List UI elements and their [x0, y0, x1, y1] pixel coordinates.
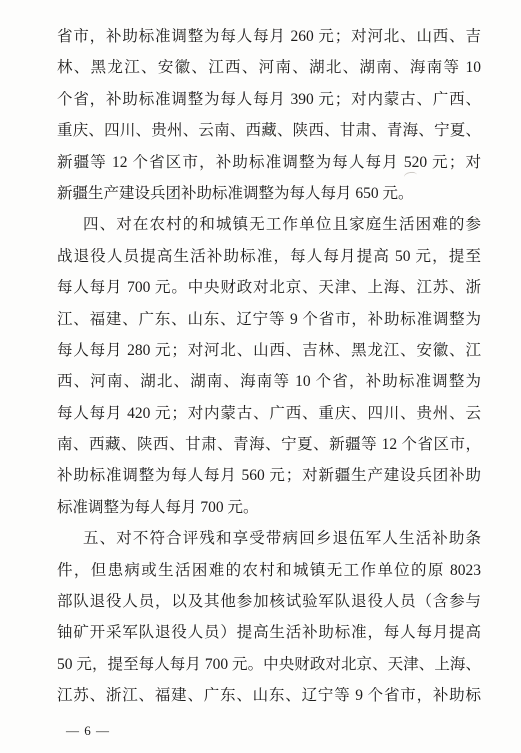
text-line: 件，但患病或生活困难的农村和城镇无工作单位的原 8023: [57, 555, 481, 586]
text-line: 江苏、浙江、福建、广东、山东、辽宁等 9 个省市，补助标: [57, 680, 481, 711]
text-line: 省市，补助标准调整为每人每月 260 元；对河北、山西、吉: [57, 21, 481, 52]
text-line: 南、西藏、陕西、甘肃、青海、宁夏、新疆等 12 个省区市，: [57, 429, 481, 460]
text-line: 补助标准调整为每人每月 560 元；对新疆生产建设兵团补助: [57, 460, 481, 491]
text-line: 铀矿开采军队退役人员）提高生活补助标准，每人每月提高: [57, 617, 481, 648]
text-line: 每人每月 280 元；对河北、山西、吉林、黑龙江、安徽、江: [57, 335, 481, 366]
text-line: 西、河南、湖北、湖南、海南等 10 个省，补助标准调整为: [57, 366, 481, 397]
text-line: 四、对在农村的和城镇无工作单位且家庭生活困难的参: [57, 209, 481, 240]
text-line: 五、对不符合评残和享受带病回乡退伍军人生活补助条: [57, 523, 481, 554]
text-line: 标准调整为每人每月 700 元。: [57, 492, 481, 523]
text-line: 50 元，提至每人每月 700 元。中央财政对北京、天津、上海、: [57, 649, 481, 680]
page-number: — 6 —: [66, 721, 110, 741]
document-body: 省市，补助标准调整为每人每月 260 元；对河北、山西、吉林、黑龙江、安徽、江西…: [57, 21, 481, 712]
text-line: 个省，补助标准调整为每人每月 390 元；对内蒙古、广西、: [57, 84, 481, 115]
text-line: 林、黑龙江、安徽、江西、河南、湖北、湖南、海南等 10: [57, 52, 481, 83]
text-line: 新疆生产建设兵团补助标准调整为每人每月 650 元。: [57, 178, 481, 209]
text-line: 江、福建、广东、山东、辽宁等 9 个省市，补助标准调整为: [57, 304, 481, 335]
text-line: 部队退役人员，以及其他参加核试验军队退役人员（含参与: [57, 586, 481, 617]
text-line: 每人每月 420 元；对内蒙古、广西、重庆、四川、贵州、云: [57, 398, 481, 429]
text-line: 重庆、四川、贵州、云南、西藏、陕西、甘肃、青海、宁夏、: [57, 115, 481, 146]
text-line: 每人每月 700 元。中央财政对北京、天津、上海、江苏、浙: [57, 272, 481, 303]
text-line: 战退役人员提高生活补助标准，每人每月提高 50 元，提至: [57, 241, 481, 272]
text-line: 新疆等 12 个省区市，补助标准调整为每人每月 520 元；对: [57, 147, 481, 178]
document-page: 省市，补助标准调整为每人每月 260 元；对河北、山西、吉林、黑龙江、安徽、江西…: [0, 0, 521, 753]
